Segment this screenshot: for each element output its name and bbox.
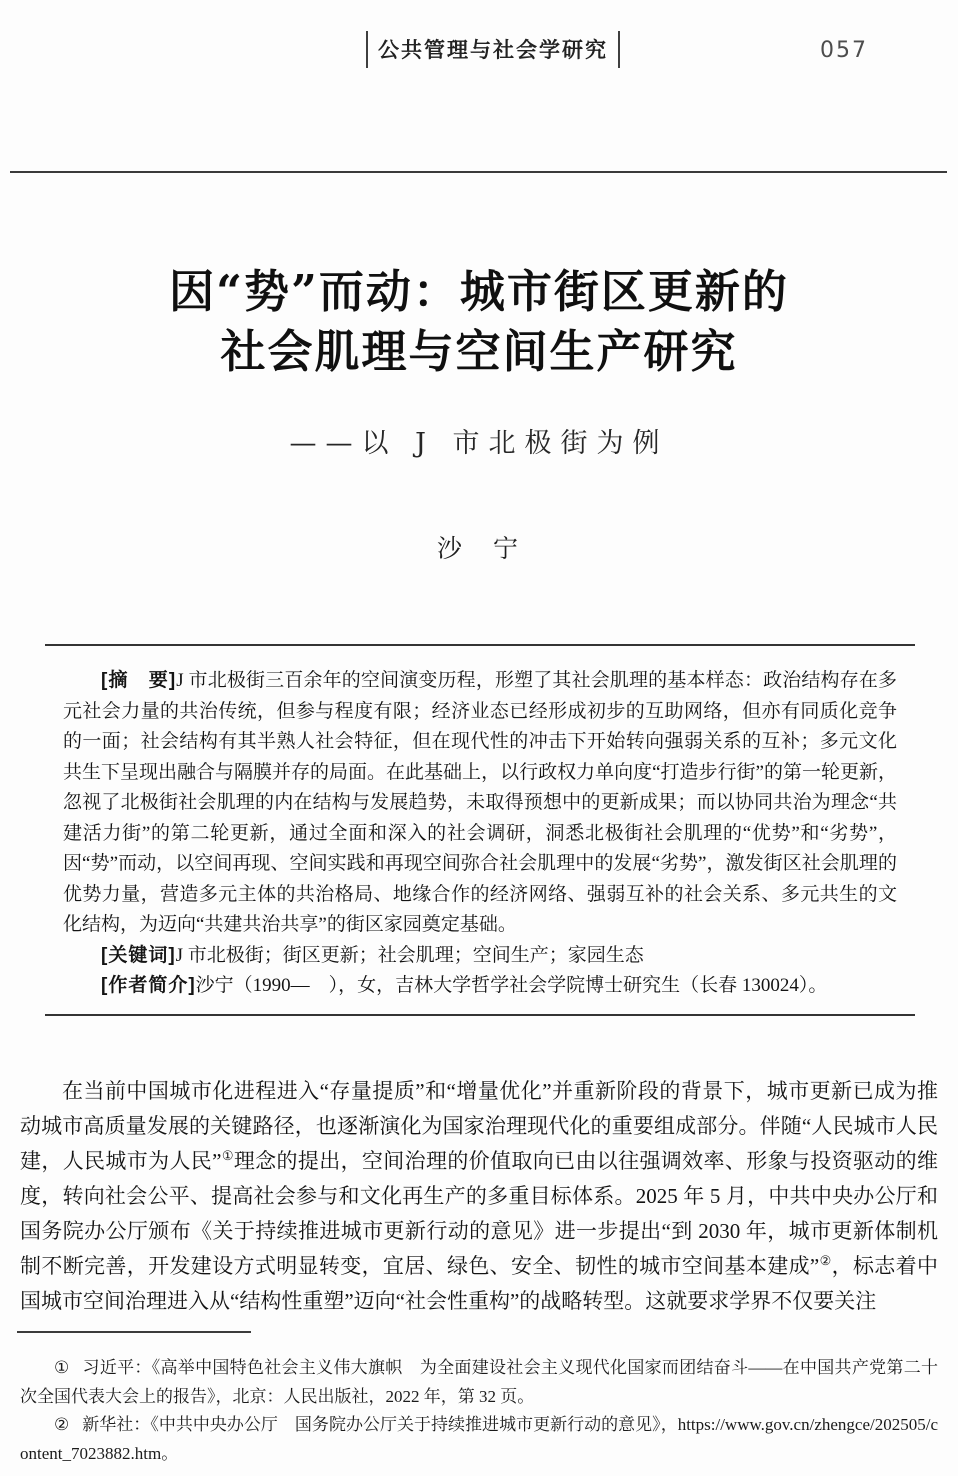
article-title-line2: 社会肌理与空间生产研究 <box>220 325 737 378</box>
author-name: 沙 宁 <box>0 529 958 565</box>
body-paragraph: 在当前中国城市化进程进入“存量提质”和“增量优化”并重新阶段的背景下，城市更新已… <box>20 1074 938 1319</box>
body-text-block: 在当前中国城市化进程进入“存量提质”和“增量优化”并重新阶段的背景下，城市更新已… <box>20 1074 938 1319</box>
footnote-1-marker: ① <box>54 1358 70 1377</box>
footnote-2-text: 新华社：《中共中央办公厅 国务院办公厅关于持续推进城市更新行动的意见》，http… <box>20 1415 938 1463</box>
abstract-paragraph: [摘 要]J 市北极街三百余年的空间演变历程，形塑了其社会肌理的基本样态：政治结… <box>63 666 897 941</box>
footnote-divider-rule <box>17 1331 251 1333</box>
keywords-label: [关键词] <box>101 945 176 966</box>
footnote-1-text: 习近平：《高举中国特色社会主义伟大旗帜 为全面建设社会主义现代化国家而团结奋斗—… <box>20 1358 938 1406</box>
footnote-2: ②新华社：《中共中央办公厅 国务院办公厅关于持续推进城市更新行动的意见》，htt… <box>20 1411 938 1468</box>
footnote-1: ①习近平：《高举中国特色社会主义伟大旗帜 为全面建设社会主义现代化国家而团结奋斗… <box>20 1354 938 1411</box>
footnote-ref-1: ① <box>221 1148 233 1163</box>
footnote-ref-2: ② <box>819 1253 831 1268</box>
article-title-line1: 因“势”而动：城市街区更新的 <box>169 265 789 318</box>
page-number: 057 <box>820 38 868 63</box>
scanned-paper-page: 公共管理与社会学研究 057 因“势”而动：城市街区更新的 社会肌理与空间生产研… <box>0 0 958 1476</box>
abstract-box: [摘 要]J 市北极街三百余年的空间演变历程，形塑了其社会肌理的基本样态：政治结… <box>45 644 915 1016</box>
article-subtitle: ——以 J 市北极街为例 <box>0 421 958 460</box>
header-divider-rule <box>10 171 947 173</box>
journal-section-strip: 公共管理与社会学研究 <box>0 31 958 68</box>
keywords-line: [关键词]J 市北极街；街区更新；社会肌理；空间生产；家园生态 <box>63 941 897 972</box>
article-title: 因“势”而动：城市街区更新的 社会肌理与空间生产研究 <box>0 262 958 382</box>
footnotes-block: ①习近平：《高举中国特色社会主义伟大旗帜 为全面建设社会主义现代化国家而团结奋斗… <box>20 1354 938 1468</box>
author-bio-label: [作者简介] <box>101 975 196 996</box>
author-bio-line: [作者简介]沙宁（1990— ），女，吉林大学哲学社会学院博士研究生（长春 13… <box>63 971 897 1002</box>
journal-section-title: 公共管理与社会学研究 <box>366 31 620 68</box>
abstract-label: [摘 要] <box>101 670 176 691</box>
author-bio-text: 沙宁（1990— ），女，吉林大学哲学社会学院博士研究生（长春 130024）。 <box>196 975 828 996</box>
footnote-2-marker: ② <box>54 1415 69 1434</box>
abstract-text: J 市北极街三百余年的空间演变历程，形塑了其社会肌理的基本样态：政治结构存在多元… <box>63 670 897 935</box>
keywords-text: J 市北极街；街区更新；社会肌理；空间生产；家园生态 <box>176 945 644 966</box>
